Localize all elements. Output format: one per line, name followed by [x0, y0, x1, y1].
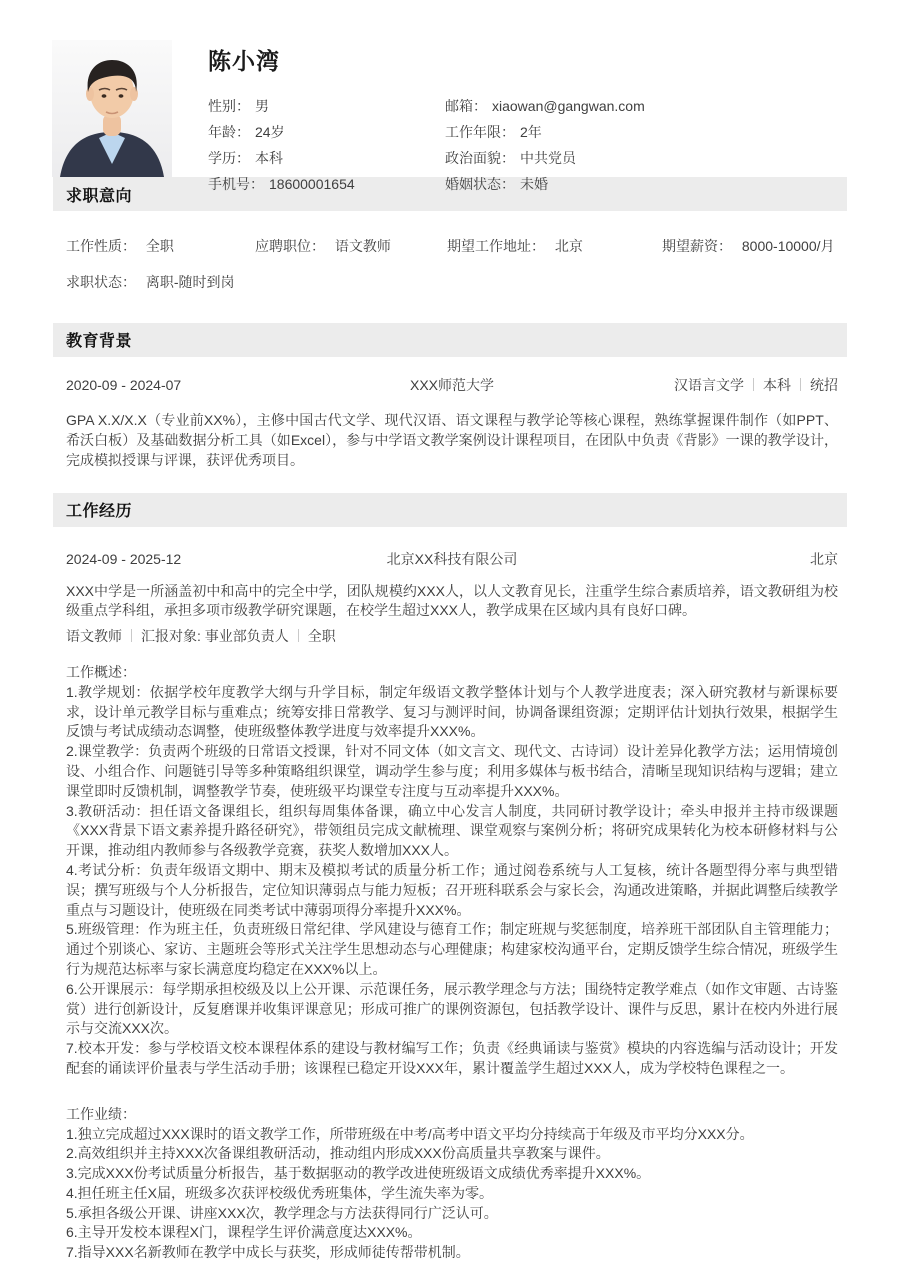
- work-role-tag: 语文教师: [66, 628, 122, 644]
- section-education: 2020-09 - 2024-07 XXX师范大学 汉语言文学本科统招 GPA …: [66, 376, 838, 493]
- job-intent-label: 应聘职位：: [255, 238, 325, 254]
- work-role-tag: 汇报对象: 事业部负责人: [122, 628, 289, 644]
- work-location: 北京: [581, 550, 838, 570]
- education-school: XXX师范大学: [323, 376, 580, 396]
- header-main: 陈小湾 性别： 男 年龄： 24岁: [208, 43, 847, 197]
- education-meta-row: 2020-09 - 2024-07 XXX师范大学 汉语言文学本科统招: [66, 376, 838, 396]
- info-label: 婚姻状态：: [445, 174, 515, 194]
- info-label: 学历：: [208, 148, 250, 168]
- job-intent-label: 工作性质：: [66, 238, 136, 254]
- section-title-work: 工作经历: [53, 493, 847, 527]
- education-tag: 汉语言文学: [674, 377, 744, 393]
- work-achievement-item: 6.主导开发校本课程X门，课程学生评价满意度达XXX%。: [66, 1223, 838, 1243]
- job-intent-value: 语文教师: [335, 238, 391, 254]
- info-row: 邮箱： xiaowan@gangwan.com: [445, 93, 847, 119]
- info-value: 中共党员: [520, 148, 576, 168]
- section-title-education: 教育背景: [53, 323, 847, 357]
- work-company: 北京XX科技有限公司: [323, 550, 580, 570]
- job-intent-label: 期望工作地址：: [447, 238, 545, 254]
- education-tag: 统招: [791, 377, 838, 393]
- education-tag: 本科: [744, 377, 791, 393]
- info-value: 本科: [255, 148, 283, 168]
- work-period: 2024-09 - 2025-12: [66, 550, 323, 570]
- info-label: 年龄：: [208, 122, 250, 142]
- company-intro: XXX中学是一所涵盖初中和高中的完全中学，团队规模约XXX人，以人文教育见长，注…: [66, 582, 838, 622]
- job-status-row: 求职状态： 离职-随时到岗: [66, 273, 838, 293]
- info-value: 未婚: [520, 174, 548, 194]
- info-value: 24岁: [255, 122, 285, 142]
- info-row: 年龄： 24岁: [208, 119, 445, 145]
- job-intent-item: 期望工作地址： 北京: [447, 237, 662, 257]
- info-label: 手机号：: [208, 174, 264, 194]
- work-overview-item: 1.教学规划：依据学校年度教学大纲与升学目标，制定年级语文教学整体计划与个人教学…: [66, 683, 838, 742]
- info-value: 男: [255, 96, 269, 116]
- work-achievement-item: 7.指导XXX名新教师在教学中成长与获奖，形成师徒传帮带机制。: [66, 1243, 838, 1263]
- work-overview-item: 2.课堂教学：负责两个班级的日常语文授课，针对不同文体（如文言文、现代文、古诗词…: [66, 742, 838, 801]
- info-row: 政治面貌： 中共党员: [445, 145, 847, 171]
- info-value: 2年: [520, 122, 542, 142]
- work-achievement-item: 4.担任班主任X届，班级多次获评校级优秀班集体，学生流失率为零。: [66, 1184, 838, 1204]
- education-tags: 汉语言文学本科统招: [581, 376, 838, 396]
- work-achievements-list: 1.独立完成超过XXX课时的语文教学工作，所带班级在中考/高考中语文平均分持续高…: [66, 1125, 838, 1264]
- work-overview-heading: 工作概述：: [66, 663, 838, 683]
- resume-page: 陈小湾 性别： 男 年龄： 24岁: [0, 0, 900, 1275]
- info-label: 性别：: [208, 96, 250, 116]
- personal-info-grid: 性别： 男 年龄： 24岁 学历： 本科: [208, 93, 847, 197]
- section-work: 2024-09 - 2025-12 北京XX科技有限公司 北京 XXX中学是一所…: [66, 550, 838, 1263]
- person-name: 陈小湾: [208, 43, 847, 76]
- work-role-tag: 全职: [289, 628, 336, 644]
- work-role-line: 语文教师汇报对象: 事业部负责人全职: [66, 627, 838, 647]
- job-status-value: 离职-随时到岗: [146, 274, 235, 290]
- work-overview-item: 6.公开课展示：每学期承担校级及以上公开课、示范课任务，展示教学理念与方法；围绕…: [66, 980, 838, 1039]
- education-period: 2020-09 - 2024-07: [66, 376, 323, 396]
- job-intent-label: 期望薪资：: [662, 238, 732, 254]
- info-value: 18600001654: [269, 176, 355, 192]
- work-meta-row: 2024-09 - 2025-12 北京XX科技有限公司 北京: [66, 550, 838, 570]
- work-overview-item: 4.考试分析：负责年级语文期中、期末及模拟考试的质量分析工作；通过阅卷系统与人工…: [66, 861, 838, 920]
- profile-photo-illustration: [52, 40, 172, 177]
- info-row: 工作年限： 2年: [445, 119, 847, 145]
- work-achievement-item: 3.完成XXX份考试质量分析报告，基于数据驱动的教学改进使班级语文成绩优秀率提升…: [66, 1164, 838, 1184]
- resume-header: 陈小湾 性别： 男 年龄： 24岁: [0, 0, 900, 177]
- job-intent-item: 期望薪资： 8000-10000/月: [662, 237, 838, 257]
- work-achievement-item: 2.高效组织并主持XXX次备课组教研活动，推动组内形成XXX份高质量共享教案与课…: [66, 1144, 838, 1164]
- education-description: GPA X.X/X.X（专业前XX%），主修中国古代文学、现代汉语、语文课程与教…: [66, 411, 838, 470]
- section-job-intent: 工作性质： 全职 应聘职位： 语文教师 期望工作地址： 北京 期望薪资： 800…: [66, 237, 838, 323]
- info-row: 婚姻状态： 未婚: [445, 171, 847, 197]
- job-intent-item: 应聘职位： 语文教师: [255, 237, 447, 257]
- work-overview-item: 5.班级管理：作为班主任，负责班级日常纪律、学风建设与德育工作；制定班规与奖惩制…: [66, 920, 838, 979]
- work-achievement-item: 1.独立完成超过XXX课时的语文教学工作，所带班级在中考/高考中语文平均分持续高…: [66, 1125, 838, 1145]
- info-label: 工作年限：: [445, 122, 515, 142]
- job-intent-value: 全职: [146, 238, 174, 254]
- info-label: 政治面貌：: [445, 148, 515, 168]
- job-intent-row: 工作性质： 全职 应聘职位： 语文教师 期望工作地址： 北京 期望薪资： 800…: [66, 237, 838, 257]
- work-achievement-item: 5.承担各级公开课、讲座XXX次，教学理念与方法获得同行广泛认可。: [66, 1204, 838, 1224]
- info-row: 性别： 男: [208, 93, 445, 119]
- job-intent-value: 北京: [555, 238, 583, 254]
- work-overview-item: 7.校本开发：参与学校语文校本课程体系的建设与教材编写工作；负责《经典诵读与鉴赏…: [66, 1039, 838, 1079]
- info-row: 手机号： 18600001654: [208, 171, 445, 197]
- work-overview-list: 1.教学规划：依据学校年度教学大纲与升学目标，制定年级语文教学整体计划与个人教学…: [66, 683, 838, 1079]
- job-status-label: 求职状态：: [66, 274, 136, 290]
- job-intent-item: 工作性质： 全职: [66, 237, 255, 257]
- personal-info-left-column: 性别： 男 年龄： 24岁 学历： 本科: [208, 93, 445, 197]
- info-row: 学历： 本科: [208, 145, 445, 171]
- job-intent-value: 8000-10000/月: [742, 238, 835, 254]
- work-overview-item: 3.教研活动：担任语文备课组长，组织每周集体备课，确立中心发言人制度，共同研讨教…: [66, 802, 838, 861]
- work-achievements-heading: 工作业绩：: [66, 1105, 838, 1125]
- info-label: 邮箱：: [445, 96, 487, 116]
- profile-photo: [52, 40, 172, 177]
- personal-info-right-column: 邮箱： xiaowan@gangwan.com 工作年限： 2年 政治面貌： 中…: [445, 93, 847, 197]
- info-value: xiaowan@gangwan.com: [492, 98, 645, 114]
